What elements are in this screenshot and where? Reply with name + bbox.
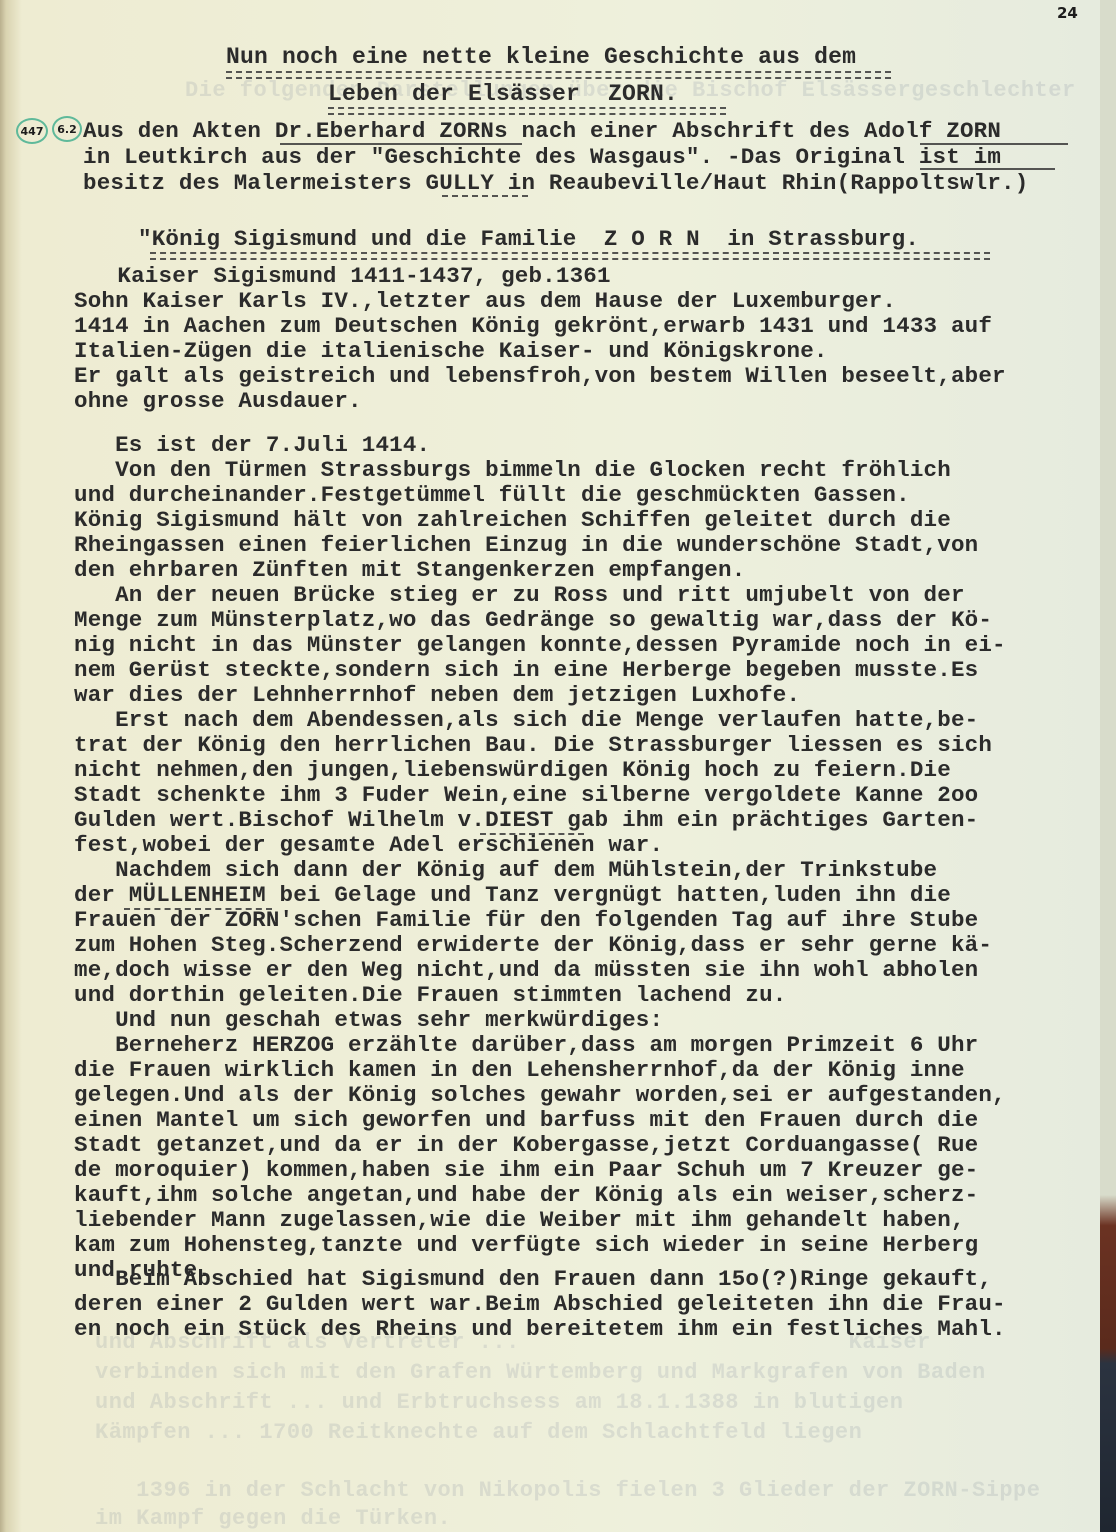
- body-line: nem Gerüst steckte,sondern sich in eine …: [74, 657, 978, 683]
- title-line-2: Leben der Elsässer ZORN.: [328, 81, 678, 107]
- body-line: Nachdem sich dann der König auf dem Mühl…: [74, 857, 937, 883]
- body-line: Stadt schenkte ihm 3 Fuder Wein,eine sil…: [74, 782, 978, 808]
- title-double-underline: [328, 107, 726, 115]
- body-line: liebender Mann zugelassen,wie die Weiber…: [74, 1207, 965, 1233]
- body-line: gelegen.Und als der König solches gewahr…: [74, 1082, 1006, 1108]
- body-line: me,doch wisse er den Weg nicht,und da mü…: [74, 957, 978, 983]
- body-line: König Sigismund hält von zahlreichen Sch…: [74, 507, 951, 533]
- closing-line: en noch ein Stück des Rheins und bereite…: [74, 1316, 1006, 1342]
- body-line: einen Mantel um sich geworfen und barfus…: [74, 1107, 978, 1133]
- intro-line: ohne grosse Ausdauer.: [74, 388, 362, 414]
- body-line: der MÜLLENHEIM bei Gelage und Tanz vergn…: [74, 882, 951, 908]
- annotation-circle-62: 6.2: [52, 116, 82, 142]
- story-subtitle: "König Sigismund und die Familie Z O R N…: [138, 226, 919, 252]
- bleed-through-text: und Abschrift ... und Erbtruchsess am 18…: [95, 1390, 903, 1416]
- closing-line: deren einer 2 Gulden wert war.Beim Absch…: [74, 1291, 1006, 1317]
- document-page: Die folgenden Darstellungen über die Bis…: [0, 0, 1100, 1532]
- body-line: Menge zum Münsterplatz,wo das Gedränge s…: [74, 607, 992, 633]
- body-line: Gulden wert.Bischof Wilhelm v.DIEST gab …: [74, 807, 978, 833]
- source-note-line: in Leutkirch aus der "Geschichte des Was…: [83, 144, 1001, 170]
- body-line: fest,wobei der gesamte Adel erschienen w…: [74, 832, 663, 858]
- source-note-line: besitz des Malermeisters GULLY in Reaube…: [83, 170, 1028, 196]
- body-line: zum Hohen Steg.Scherzend erwiderte der K…: [74, 932, 992, 958]
- body-line: den ehrbaren Zünften mit Stangenkerzen e…: [74, 557, 745, 583]
- intro-line: Kaiser Sigismund 1411-1437, geb.1361: [90, 263, 611, 289]
- bleed-through-text: im Kampf gegen die Türken.: [95, 1506, 451, 1532]
- bleed-through-text: Kämpfen ... 1700 Reitknechte auf dem Sch…: [95, 1420, 862, 1446]
- body-line: Erst nach dem Abendessen,als sich die Me…: [74, 707, 978, 733]
- body-line: nicht nehmen,den jungen,liebenswürdigen …: [74, 757, 951, 783]
- body-line: und dorthin geleiten.Die Frauen stimmten…: [74, 982, 787, 1008]
- intro-line: Italien-Zügen die italienische Kaiser- u…: [74, 338, 828, 364]
- body-line: Und nun geschah etwas sehr merkwürdiges:: [74, 1007, 663, 1033]
- subtitle-double-underline: [150, 252, 990, 260]
- body-line: war dies der Lehnherrnhof neben dem jetz…: [74, 682, 800, 708]
- book-binding-edge: [1100, 0, 1116, 1532]
- body-line: An der neuen Brücke stieg er zu Ross und…: [74, 582, 965, 608]
- page-number: 24: [1057, 4, 1078, 22]
- source-note-line: Aus den Akten Dr.Eberhard ZORNs nach ein…: [83, 118, 1001, 144]
- intro-line: Sohn Kaiser Karls IV.,letzter aus dem Ha…: [74, 288, 896, 314]
- bleed-through-text: 1396 in der Schlacht von Nikopolis fiele…: [95, 1478, 1040, 1504]
- body-line: nig nicht in das Münster gelangen konnte…: [74, 632, 1006, 658]
- closing-line: Beim Abschied hat Sigismund den Frauen d…: [74, 1266, 992, 1292]
- body-line: und durcheinander.Festgetümmel füllt die…: [74, 482, 910, 508]
- body-line: kauft,ihm solche angetan,und habe der Kö…: [74, 1182, 978, 1208]
- bleed-through-text: verbinden sich mit den Grafen Würtemberg…: [95, 1360, 986, 1386]
- body-line: trat der König den herrlichen Bau. Die S…: [74, 732, 992, 758]
- intro-line: 1414 in Aachen zum Deutschen König gekrö…: [74, 313, 992, 339]
- body-line: die Frauen wirklich kamen in den Lehensh…: [74, 1057, 965, 1083]
- body-line: kam zum Hohensteg,tanzte und verfügte si…: [74, 1232, 978, 1258]
- body-line: Von den Türmen Strassburgs bimmeln die G…: [74, 457, 951, 483]
- body-line: Rheingassen einen feierlichen Einzug in …: [74, 532, 978, 558]
- title-line-1: Nun noch eine nette kleine Geschichte au…: [226, 44, 856, 70]
- body-line: Stadt getanzet,und da er in der Kobergas…: [74, 1132, 978, 1158]
- title-double-underline: [226, 71, 891, 79]
- body-line: Berneherz HERZOG erzählte darüber,dass a…: [74, 1032, 978, 1058]
- intro-line: Er galt als geistreich und lebensfroh,vo…: [74, 363, 1006, 389]
- body-line: Es ist der 7.Juli 1414.: [74, 432, 430, 458]
- body-line: Frauen der ZORN'schen Familie für den fo…: [74, 907, 978, 933]
- underline-gully: [442, 195, 528, 197]
- annotation-circle-447: 447: [16, 118, 48, 144]
- body-line: de moroquier) kommen,haben sie ihm ein P…: [74, 1157, 978, 1183]
